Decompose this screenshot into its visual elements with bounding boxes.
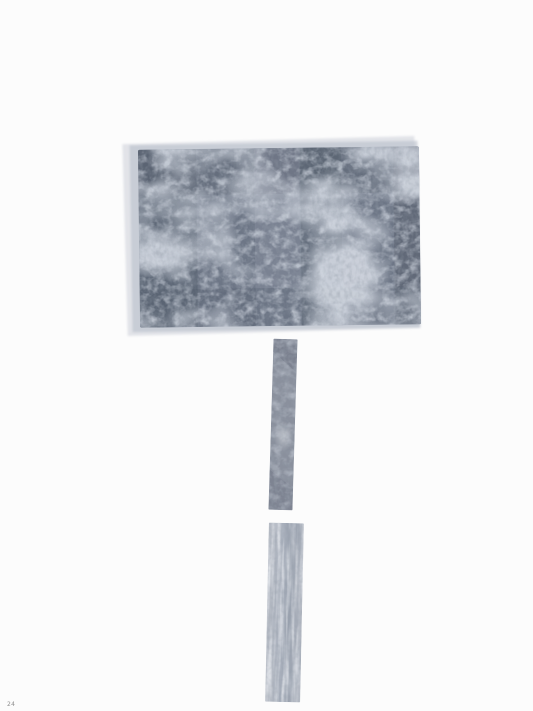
stem-upper-clip-group [268,339,297,511]
print-stem-upper [268,339,297,511]
paper-background [0,0,533,711]
print-head-block [138,146,421,327]
stem-lower-grain-texture [265,523,304,703]
edition-mark: 24 [7,701,15,708]
stem-lower-clip-group [265,523,304,703]
head-block-clip-group [138,146,421,327]
print-stem-lower [265,523,304,703]
head-block-grain-texture [138,146,421,327]
stem-upper-speckle-texture [268,339,297,511]
paper-sheet: 24 [0,0,533,711]
print-artwork: 24 [0,0,533,711]
